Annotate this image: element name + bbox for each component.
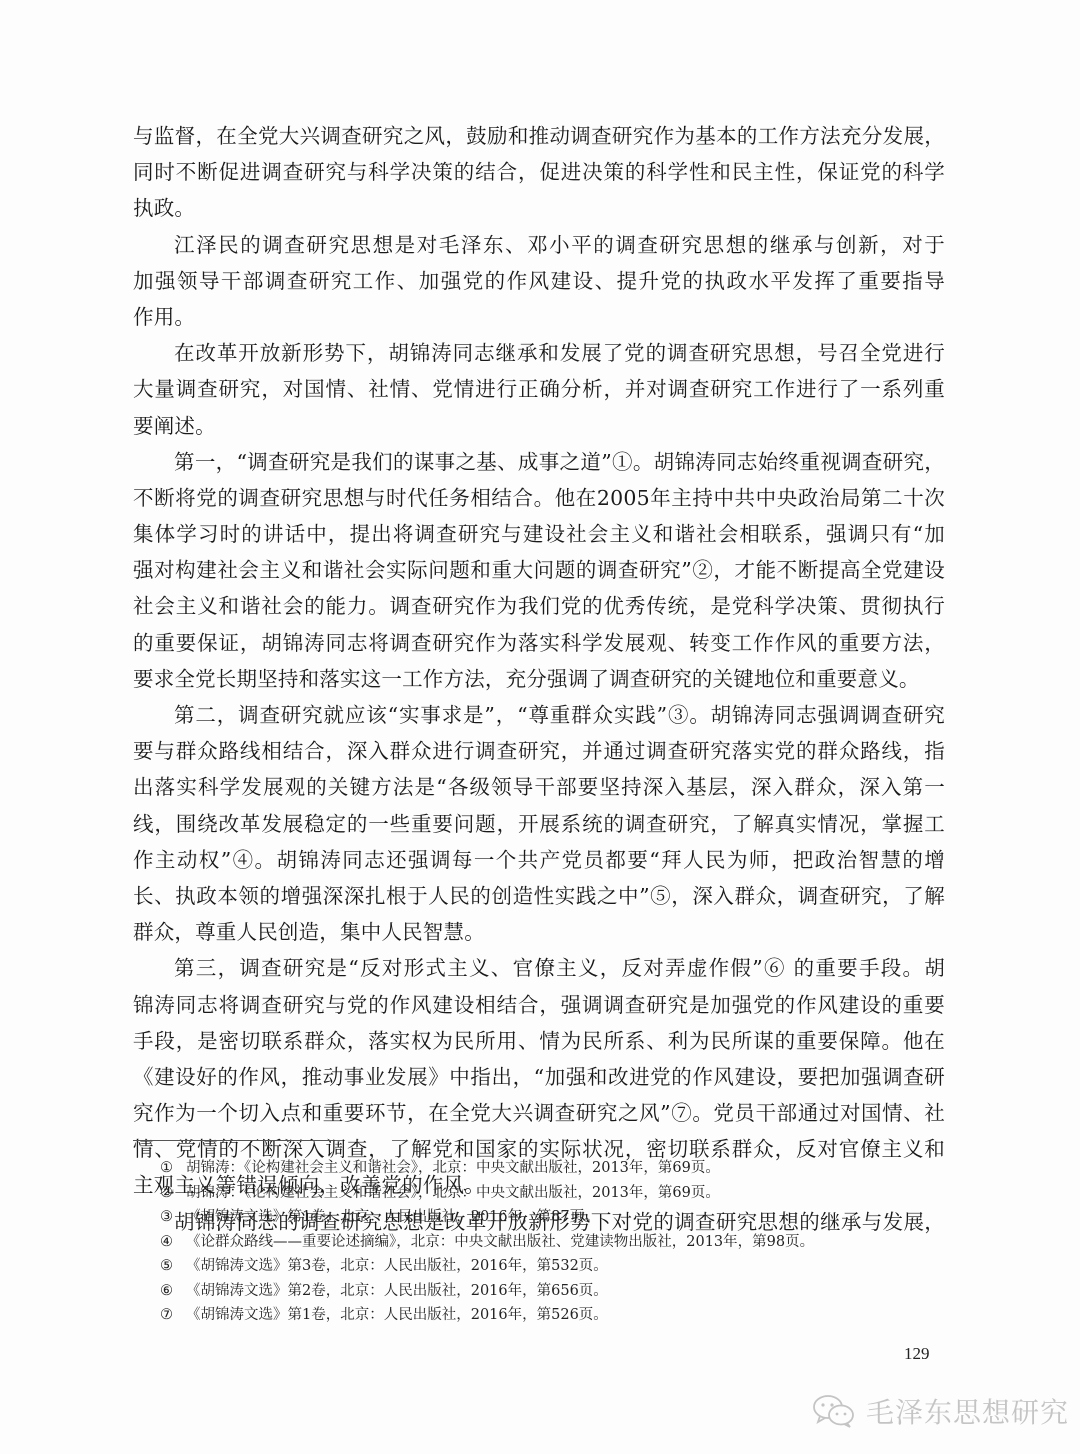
text-line: 锦涛同志将调查研究与党的作风建设相结合，强调调查研究是加强党的作风建设的重要 xyxy=(133,987,945,1023)
body-text: 与监督，在全党大兴调查研究之风，鼓励和推动调查研究作为基本的工作方法充分发展， … xyxy=(133,118,945,1240)
footnote-mark: ③ xyxy=(160,1205,186,1230)
footnote-item: ⑥《胡锦涛文选》第2卷，北京：人民出版社，2016年，第656页。 xyxy=(160,1279,920,1304)
text-line: 社会主义和谐社会的能力。调查研究作为我们党的优秀传统，是党科学决策、贯彻执行 xyxy=(133,588,945,624)
text-line: 出落实科学发展观的关键方法是“各级领导干部要坚持深入基层，深入群众，深入第一 xyxy=(133,769,945,805)
footnotes: ①胡锦涛：《论构建社会主义和谐社会》，北京：中央文献出版社，2013年，第69页… xyxy=(160,1156,920,1328)
footnote-mark: ⑦ xyxy=(160,1303,186,1328)
text-line: 执政。 xyxy=(133,190,945,226)
footnote-divider xyxy=(133,1140,334,1141)
text-line: 在改革开放新形势下，胡锦涛同志继承和发展了党的调查研究思想，号召全党进行 xyxy=(133,335,945,371)
text-line: 群众，尊重人民创造，集中人民智慧。 xyxy=(133,914,945,950)
text-line: 加强领导干部调查研究工作、加强党的作风建设、提升党的执政水平发挥了重要指导 xyxy=(133,263,945,299)
page-number: 129 xyxy=(904,1344,930,1364)
footnote-text: 《论群众路线——重要论述摘编》，北京：中央文献出版社、党建读物出版社，2013年… xyxy=(186,1234,814,1250)
text-line: 大量调查研究，对国情、社情、党情进行正确分析，并对调查研究工作进行了一系列重 xyxy=(133,371,945,407)
footnote-item: ②胡锦涛：《论构建社会主义和谐社会》，北京：中央文献出版社，2013年，第69页… xyxy=(160,1181,920,1206)
footnote-text: 《胡锦涛文选》第1卷，北京：人民出版社，2016年，第87页。 xyxy=(186,1209,599,1225)
wechat-icon xyxy=(812,1393,856,1429)
document-page: 与监督，在全党大兴调查研究之风，鼓励和推动调查研究作为基本的工作方法充分发展， … xyxy=(0,0,1080,1454)
footnote-mark: ① xyxy=(160,1156,186,1181)
footnote-mark: ⑤ xyxy=(160,1254,186,1279)
text-line: 要与群众路线相结合，深入群众进行调查研究，并通过调查研究落实党的群众路线，指 xyxy=(133,733,945,769)
footnote-item: ⑦《胡锦涛文选》第1卷，北京：人民出版社，2016年，第526页。 xyxy=(160,1303,920,1328)
text-line: 江泽民的调查研究思想是对毛泽东、邓小平的调查研究思想的继承与创新，对于 xyxy=(133,227,945,263)
footnote-text: 胡锦涛：《论构建社会主义和谐社会》，北京：中央文献出版社，2013年，第69页。 xyxy=(186,1185,720,1201)
watermark: 毛泽东思想研究 xyxy=(812,1391,1069,1431)
text-line: 不断将党的调查研究思想与时代任务相结合。他在2005年主持中共中央政治局第二十次 xyxy=(133,480,945,516)
text-line: 要求全党长期坚持和落实这一工作方法，充分强调了调查研究的关键地位和重要意义。 xyxy=(133,661,945,697)
footnote-mark: ④ xyxy=(160,1230,186,1255)
footnote-item: ③《胡锦涛文选》第1卷，北京：人民出版社，2016年，第87页。 xyxy=(160,1205,920,1230)
footnote-text: 《胡锦涛文选》第3卷，北京：人民出版社，2016年，第532页。 xyxy=(186,1258,608,1274)
footnote-text: 《胡锦涛文选》第1卷，北京：人民出版社，2016年，第526页。 xyxy=(186,1307,608,1323)
text-line: 第三，调查研究是“反对形式主义、官僚主义，反对弄虚作假”⑥ 的重要手段。胡 xyxy=(133,950,945,986)
footnote-item: ⑤《胡锦涛文选》第3卷，北京：人民出版社，2016年，第532页。 xyxy=(160,1254,920,1279)
footnote-item: ①胡锦涛：《论构建社会主义和谐社会》，北京：中央文献出版社，2013年，第69页… xyxy=(160,1156,920,1181)
text-line: 《建设好的作风，推动事业发展》中指出，“加强和改进党的作风建设，要把加强调查研 xyxy=(133,1059,945,1095)
text-line: 同时不断促进调查研究与科学决策的结合，促进决策的科学性和民主性，保证党的科学 xyxy=(133,154,945,190)
text-line: 强对构建社会主义和谐社会实际问题和重大问题的调查研究”②，才能不断提高全党建设 xyxy=(133,552,945,588)
footnote-text: 胡锦涛：《论构建社会主义和谐社会》，北京：中央文献出版社，2013年，第69页。 xyxy=(186,1160,720,1176)
text-line: 线，围绕改革发展稳定的一些重要问题，开展系统的调查研究，了解真实情况，掌握工 xyxy=(133,806,945,842)
text-line: 作主动权”④。胡锦涛同志还强调每一个共产党员都要“拜人民为师，把政治智慧的增 xyxy=(133,842,945,878)
footnote-text: 《胡锦涛文选》第2卷，北京：人民出版社，2016年，第656页。 xyxy=(186,1283,608,1299)
footnote-item: ④《论群众路线——重要论述摘编》，北京：中央文献出版社、党建读物出版社，2013… xyxy=(160,1230,920,1255)
text-line: 手段，是密切联系群众，落实权为民所用、情为民所系、利为民所谋的重要保障。他在 xyxy=(133,1023,945,1059)
text-line: 集体学习时的讲话中，提出将调查研究与建设社会主义和谐社会相联系，强调只有“加 xyxy=(133,516,945,552)
footnote-mark: ② xyxy=(160,1181,186,1206)
text-line: 长、执政本领的增强深深扎根于人民的创造性实践之中”⑤，深入群众，调查研究，了解 xyxy=(133,878,945,914)
text-line: 作用。 xyxy=(133,299,945,335)
footnote-mark: ⑥ xyxy=(160,1279,186,1304)
text-line: 的重要保证，胡锦涛同志将调查研究作为落实科学发展观、转变工作作风的重要方法， xyxy=(133,625,945,661)
text-line: 第一，“调查研究是我们的谋事之基、成事之道”①。胡锦涛同志始终重视调查研究， xyxy=(133,444,945,480)
watermark-text: 毛泽东思想研究 xyxy=(866,1391,1069,1431)
text-line: 与监督，在全党大兴调查研究之风，鼓励和推动调查研究作为基本的工作方法充分发展， xyxy=(133,118,945,154)
text-line: 究作为一个切入点和重要环节，在全党大兴调查研究之风”⑦。党员干部通过对国情、社 xyxy=(133,1095,945,1131)
text-line: 第二，调查研究就应该“实事求是”，“尊重群众实践”③。胡锦涛同志强调调查研究 xyxy=(133,697,945,733)
text-line: 要阐述。 xyxy=(133,408,945,444)
